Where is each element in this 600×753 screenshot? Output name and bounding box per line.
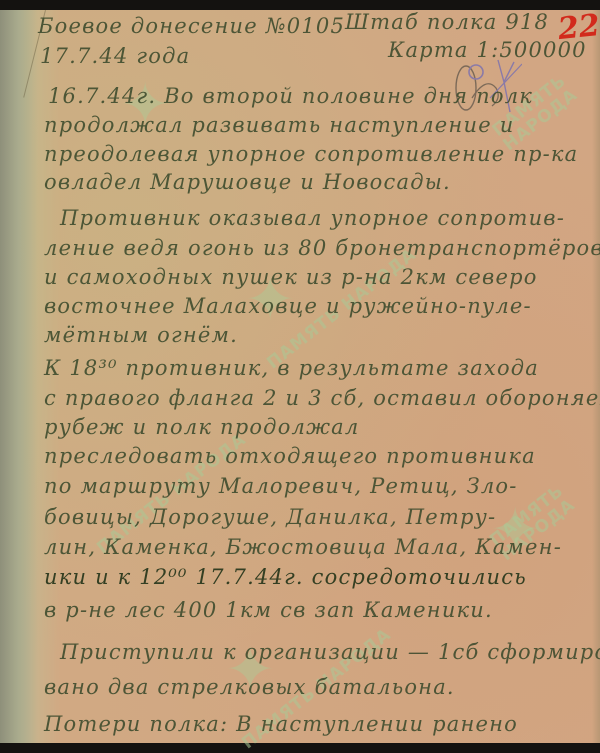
report-line: преследовать отходящего противника — [44, 444, 536, 468]
report-line: Приступили к организации — 1сб сформиро- — [60, 640, 600, 664]
report-line: по маршруту Малоревич, Ретиц, Зло- — [44, 474, 518, 498]
report-line: ики и к 12⁰⁰ 17.7.44г. сосредоточились — [44, 565, 527, 589]
report-line: восточнее Малаховце и ружейно-пуле- — [44, 294, 532, 318]
report-line: в р-не лес 400 1км св зап Каменики. — [44, 598, 493, 622]
report-line: вано два стрелковых батальона. — [44, 675, 455, 699]
report-line: бовицы, Дорогуше, Данилка, Петру- — [44, 505, 496, 529]
report-line: Противник оказывал упорное сопротив- — [60, 206, 565, 230]
report-line: преодолевая упорное сопротивление пр-ка — [44, 142, 578, 166]
headquarters-label: Штаб полка 918 — [345, 10, 549, 34]
report-line: мётным огнём. — [44, 323, 238, 347]
report-line: лин, Каменка, Бжостовица Мала, Камен- — [44, 535, 562, 559]
page-edge-binding — [0, 10, 38, 743]
report-date: 17.7.44 года — [40, 44, 190, 68]
report-line: рубеж и полк продолжал — [44, 415, 359, 439]
report-line: продолжал развивать наступление и — [44, 113, 514, 137]
report-line: и самоходных пушек из р-на 2км северо — [44, 265, 538, 289]
report-line: Потери полка: В наступлении ранено — [44, 712, 518, 736]
report-line: с правого фланга 2 и 3 сб, оставил оборо… — [44, 386, 600, 410]
report-line: К 18³⁰ противник, в результате захода — [44, 356, 539, 380]
report-title: Боевое донесение №0105 — [38, 14, 345, 38]
report-line: 16.7.44г. Во второй половине дня полк — [48, 84, 533, 108]
page-edge-right — [592, 10, 600, 743]
report-line: овладел Марушовце и Новосады. — [44, 170, 451, 194]
report-line: ление ведя огонь из 80 бронетранспортёро… — [44, 236, 600, 260]
